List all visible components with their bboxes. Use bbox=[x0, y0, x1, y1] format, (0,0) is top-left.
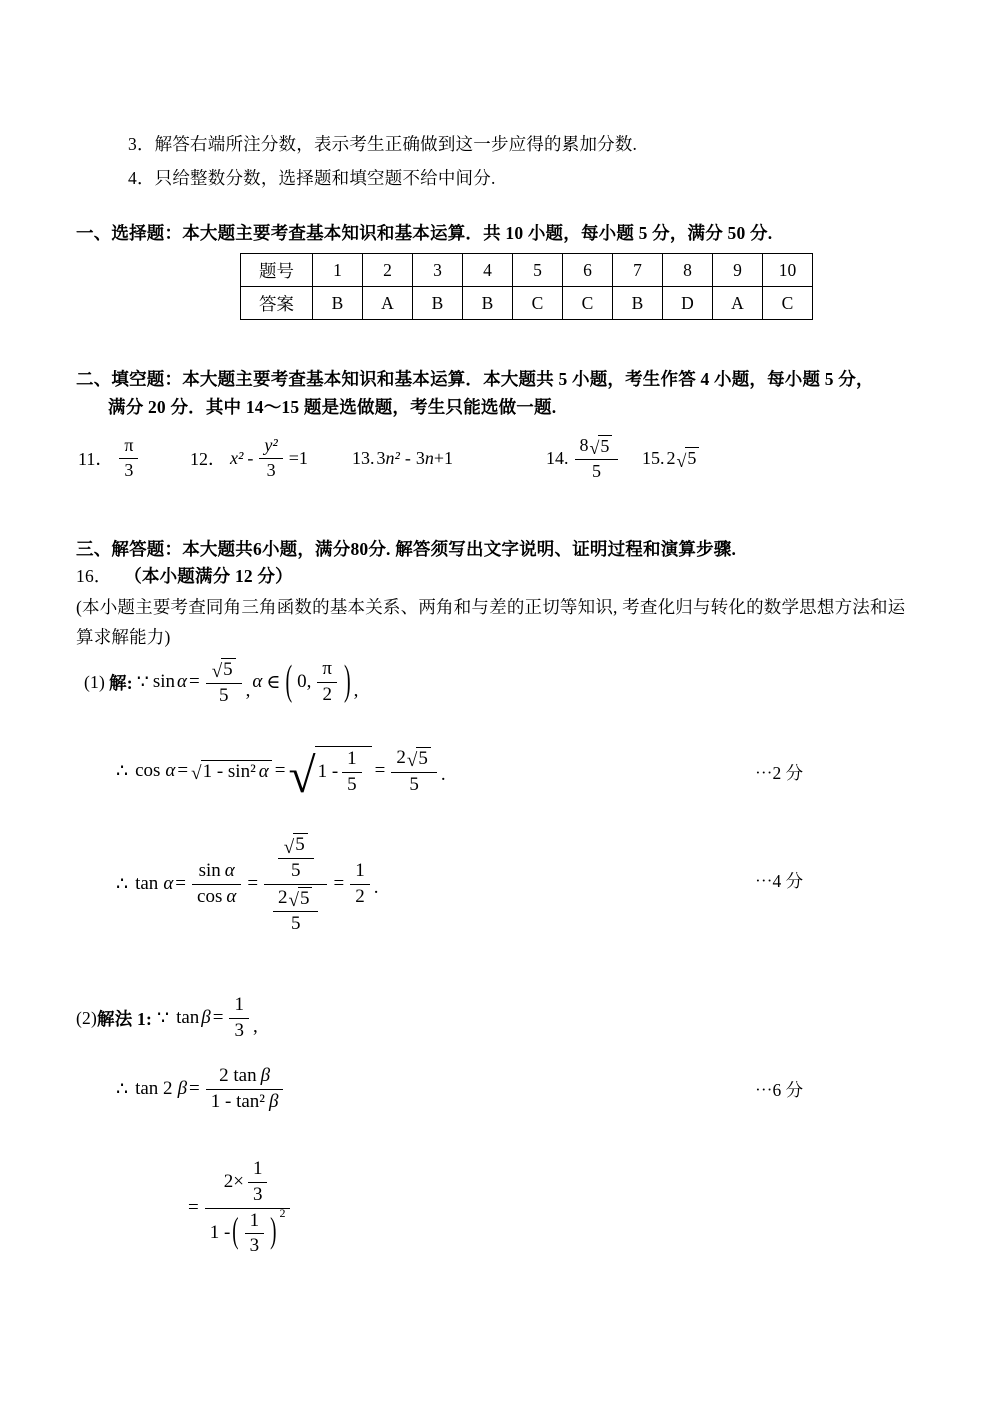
math-token: α bbox=[225, 861, 235, 882]
table-cell-answer: D bbox=[663, 287, 713, 320]
math-token: 2 tan bbox=[219, 1066, 256, 1087]
solution-line-cos: ∴ cos α = √ 1 - sin² α = √ 1 - 1 5 = 2 √… bbox=[114, 738, 446, 804]
fraction-numerator: 2 √ 5 bbox=[273, 887, 318, 913]
fraction-numerator: 2 tan β bbox=[206, 1066, 284, 1090]
right-paren: ) bbox=[270, 1214, 276, 1254]
fraction-denominator: cos α bbox=[192, 885, 241, 908]
math-token: α bbox=[163, 873, 173, 895]
method-label: 解法 1: bbox=[97, 1006, 152, 1031]
math-token: = bbox=[247, 873, 258, 895]
therefore-symbol: ∴ bbox=[116, 760, 128, 783]
fraction-numerator: √ 5 bbox=[206, 658, 242, 684]
solution-line-tan: ∴ tan α = sin α cos α = √ 5 5 bbox=[114, 822, 378, 946]
table-cell-number: 3 bbox=[413, 254, 463, 287]
table-cell-answer: A bbox=[363, 287, 413, 320]
table-cell-number: 5 bbox=[513, 254, 563, 287]
square-root: √ 5 bbox=[212, 658, 236, 681]
math-token: 1 - sin² bbox=[203, 762, 256, 783]
fill-in-item-12: 12． x² - y² 3 =1 bbox=[188, 428, 310, 488]
nested-fraction: √ 5 5 2 √ 5 5 bbox=[264, 833, 327, 936]
section2-title-line2: 满分 20 分．其中 14～15 题是选做题，考生只能选做一题. bbox=[108, 394, 556, 419]
square-root: √ 5 bbox=[289, 887, 313, 910]
solution-line-final: = 2× 1 3 1 - ( 1 3 ) 2 bbox=[186, 1146, 294, 1270]
math-token: tan bbox=[135, 873, 158, 895]
square-root: √ 1 - sin² α bbox=[191, 760, 272, 783]
math-token: 2× bbox=[224, 1172, 244, 1193]
fraction-denominator: 2 bbox=[350, 885, 370, 908]
fraction: 2 √ 5 5 bbox=[391, 747, 436, 796]
fraction-denominator: 5 bbox=[391, 773, 436, 796]
math-token: x² bbox=[230, 448, 243, 469]
table-cell-answer: C bbox=[513, 287, 563, 320]
table-cell-answer: B bbox=[413, 287, 463, 320]
math-token: 3 bbox=[377, 448, 386, 469]
section2-title-line1: 二、填空题：本大题主要考查基本知识和基本运算．本大题共 5 小题，考生作答 4 … bbox=[76, 366, 874, 391]
fraction: 8 √ 5 5 bbox=[575, 435, 619, 482]
solution-line-tanbeta: (2) 解法 1: ∵ tan β = 1 3 , bbox=[76, 988, 258, 1048]
question16-heading: 16． （本小题满分 12 分） bbox=[76, 563, 293, 588]
fraction-denominator: 5 bbox=[273, 912, 318, 935]
math-token: . bbox=[441, 764, 446, 786]
math-token: , bbox=[246, 680, 251, 702]
math-token: tan bbox=[176, 1007, 199, 1029]
item-label: 15. bbox=[642, 448, 665, 469]
score-mark-2: ⋯2 分 bbox=[755, 760, 803, 785]
fraction: sin α cos α bbox=[192, 861, 241, 908]
answer-table: 题号 1 2 3 4 5 6 7 8 9 10 答案 B A B B C C B… bbox=[240, 253, 813, 320]
radicand: 5 bbox=[298, 887, 313, 910]
fill-in-item-13: 13. 3 n² - 3 n +1 bbox=[350, 428, 453, 488]
fraction: √ 5 5 bbox=[278, 833, 314, 882]
item-label: 14. bbox=[546, 448, 569, 469]
math-token: 1 - bbox=[210, 1223, 231, 1244]
math-token: = bbox=[275, 760, 286, 782]
table-cell-answer: B bbox=[613, 287, 663, 320]
fraction-numerator: π bbox=[317, 659, 337, 683]
table-cell-number: 4 bbox=[463, 254, 513, 287]
math-token: 2 bbox=[667, 448, 676, 469]
fraction-numerator: 8 √ 5 bbox=[575, 435, 619, 460]
math-token: cos bbox=[197, 887, 222, 908]
fraction-denominator: 1 - tan² β bbox=[206, 1090, 284, 1113]
nested-fraction: 2× 1 3 1 - ( 1 3 ) 2 bbox=[205, 1159, 291, 1258]
square-root: √ 5 bbox=[590, 435, 613, 457]
table-cell-number: 6 bbox=[563, 254, 613, 287]
fraction-denominator: 3 bbox=[248, 1183, 268, 1206]
math-token: sin bbox=[153, 671, 175, 693]
fraction-numerator: 2 √ 5 bbox=[391, 747, 436, 773]
fraction-numerator: 2× 1 3 bbox=[205, 1159, 291, 1209]
right-paren: ) bbox=[344, 658, 351, 706]
score-mark-4: ⋯4 分 bbox=[755, 868, 803, 893]
table-cell-number: 2 bbox=[363, 254, 413, 287]
section1-title: 一、选择题：本大题主要考查基本知识和基本运算．共 10 小题，每小题 5 分，满… bbox=[76, 220, 772, 245]
therefore-symbol: ∴ bbox=[116, 1078, 128, 1101]
table-cell-answer: B bbox=[463, 287, 513, 320]
fraction-denominator: 5 bbox=[575, 460, 619, 482]
fraction-denominator: 3 bbox=[229, 1019, 249, 1042]
fraction-denominator: 3 bbox=[119, 459, 138, 481]
fraction-denominator: 3 bbox=[245, 1234, 265, 1257]
fraction: 1 3 bbox=[229, 995, 249, 1042]
math-token: 2 bbox=[396, 748, 406, 769]
fraction-denominator: 1 - ( 1 3 ) 2 bbox=[205, 1209, 291, 1258]
math-token: 3 bbox=[416, 448, 425, 469]
fraction-numerator: √ 5 bbox=[278, 833, 314, 859]
math-token: 0, bbox=[297, 671, 311, 693]
item-label: 12． bbox=[190, 445, 226, 471]
math-token: = bbox=[177, 760, 188, 782]
table-cell-answer: B bbox=[313, 287, 363, 320]
fraction: 1 2 bbox=[350, 861, 370, 908]
math-token: . bbox=[374, 877, 379, 899]
math-token: α bbox=[259, 762, 269, 783]
fraction: √ 5 5 bbox=[206, 658, 242, 707]
solution-line-sin: (1) 解: ∵ sin α = √ 5 5 , α ∈ ( 0, π 2 ) … bbox=[82, 650, 358, 714]
radicand: 5 bbox=[685, 447, 699, 469]
math-token: = bbox=[333, 873, 344, 895]
math-token: = bbox=[188, 1197, 199, 1219]
table-header-answer: 答案 bbox=[241, 287, 313, 320]
radicand: 1 - sin² α bbox=[201, 760, 272, 783]
radicand: 5 bbox=[598, 435, 612, 457]
fraction-numerator: sin α bbox=[192, 861, 241, 885]
math-token: 8 bbox=[580, 436, 589, 456]
math-token: - bbox=[247, 448, 253, 469]
math-token: sin bbox=[199, 861, 221, 882]
radicand: 5 bbox=[221, 658, 236, 681]
math-token: = bbox=[189, 1078, 200, 1100]
fraction-denominator: 5 bbox=[342, 773, 362, 796]
question16-score: （本小题满分 12 分） bbox=[124, 566, 293, 586]
square-root: √ 5 bbox=[407, 747, 431, 770]
fraction: 2 tan β 1 - tan² β bbox=[206, 1066, 284, 1113]
math-token: α bbox=[226, 887, 236, 908]
math-token: , bbox=[354, 680, 359, 702]
fraction: 1 3 bbox=[248, 1159, 268, 1206]
therefore-symbol: ∴ bbox=[116, 873, 128, 896]
math-token: 1 - tan² bbox=[211, 1092, 265, 1113]
fraction-denominator: 5 bbox=[206, 684, 242, 707]
fraction-denominator: 2 bbox=[317, 683, 337, 706]
math-token: β bbox=[269, 1092, 278, 1113]
math-token: = bbox=[375, 760, 386, 782]
table-cell-answer: C bbox=[563, 287, 613, 320]
fraction-numerator: 1 bbox=[229, 995, 249, 1019]
fraction-denominator: 2 √ 5 5 bbox=[264, 885, 327, 936]
radicand: 5 bbox=[293, 833, 308, 856]
math-token: = bbox=[213, 1007, 224, 1029]
radical-icon: √ bbox=[288, 757, 315, 796]
table-cell-number: 10 bbox=[763, 254, 813, 287]
math-token: =1 bbox=[289, 448, 308, 469]
math-token: β bbox=[201, 1007, 210, 1029]
fraction: 2 √ 5 5 bbox=[273, 887, 318, 936]
exam-note-4: 4．只给整数分数，选择题和填空题不给中间分. bbox=[128, 165, 496, 190]
fraction-denominator: 5 bbox=[278, 859, 314, 882]
radicand: 5 bbox=[416, 747, 431, 770]
square-root: √ 5 bbox=[284, 833, 308, 856]
exam-note-3: 3．解答右端所注分数，表示考生正确做到这一步应得的累加分数. bbox=[128, 131, 637, 156]
item-label: 13. bbox=[352, 448, 375, 469]
fill-in-item-14: 14. 8 √ 5 5 bbox=[544, 428, 622, 488]
math-token: tan 2 bbox=[135, 1078, 172, 1100]
math-token: n bbox=[425, 448, 434, 469]
fill-in-item-15: 15. 2 √ 5 bbox=[640, 428, 700, 488]
table-cell-number: 9 bbox=[713, 254, 763, 287]
superscript-2: 2 bbox=[279, 1207, 285, 1220]
math-token: α bbox=[165, 760, 175, 782]
fraction-denominator: 3 bbox=[259, 459, 282, 481]
question16-number: 16． bbox=[76, 566, 112, 586]
math-token: n² bbox=[386, 448, 400, 469]
fill-in-item-11: 11． π 3 bbox=[76, 428, 142, 488]
part-label: (1) bbox=[84, 672, 105, 693]
math-token: = bbox=[189, 671, 200, 693]
table-header-question-no: 题号 bbox=[241, 254, 313, 287]
fraction: π 2 bbox=[317, 659, 337, 706]
table-row-numbers: 题号 1 2 3 4 5 6 7 8 9 10 bbox=[241, 254, 813, 287]
left-paren: ( bbox=[285, 658, 292, 706]
section3-title: 三、解答题：本大题共6小题，满分80分. 解答须写出文字说明、证明过程和演算步骤… bbox=[76, 536, 736, 561]
fraction-numerator: 1 bbox=[342, 749, 362, 773]
fraction: 1 3 bbox=[245, 1211, 265, 1258]
math-token: = bbox=[175, 873, 186, 895]
math-token: 1 - bbox=[318, 762, 339, 783]
fraction: π 3 bbox=[119, 436, 138, 481]
table-cell-number: 8 bbox=[663, 254, 713, 287]
math-token: β bbox=[178, 1078, 187, 1100]
fraction-numerator: √ 5 5 bbox=[264, 833, 327, 885]
table-cell-number: 7 bbox=[613, 254, 663, 287]
table-row-answers: 答案 B A B B C C B D A C bbox=[241, 287, 813, 320]
table-cell-number: 1 bbox=[313, 254, 363, 287]
element-of-symbol: ∈ bbox=[266, 671, 280, 694]
math-token: 2 bbox=[278, 888, 288, 909]
math-token: , bbox=[253, 1016, 258, 1038]
table-cell-answer: A bbox=[713, 287, 763, 320]
part-label: (2) bbox=[76, 1008, 97, 1029]
fraction: y² 3 bbox=[259, 436, 282, 481]
solution-line-tan2beta: ∴ tan 2 β = 2 tan β 1 - tan² β bbox=[114, 1054, 287, 1124]
fraction: 1 5 bbox=[342, 749, 362, 796]
math-token: - bbox=[405, 448, 411, 469]
left-paren: ( bbox=[232, 1214, 238, 1254]
math-token: β bbox=[261, 1066, 270, 1087]
square-root: √ 1 - 1 5 bbox=[288, 746, 371, 796]
score-mark-6: ⋯6 分 bbox=[755, 1077, 803, 1102]
square-root: √ 5 bbox=[677, 447, 700, 469]
table-cell-answer: C bbox=[763, 287, 813, 320]
fraction-numerator: y² bbox=[259, 436, 282, 459]
fraction-numerator: 1 bbox=[350, 861, 370, 885]
math-token: α bbox=[252, 671, 262, 693]
solve-label: 解: bbox=[109, 670, 133, 695]
fraction-numerator: 1 bbox=[245, 1211, 265, 1235]
question16-description: (本小题主要考查同角三角函数的基本关系、两角和与差的正切等知识, 考查化归与转化… bbox=[76, 592, 921, 652]
fraction-numerator: π bbox=[119, 436, 138, 459]
math-token: cos bbox=[135, 760, 160, 782]
because-symbol: ∵ bbox=[137, 671, 149, 694]
math-token: +1 bbox=[434, 448, 453, 469]
because-symbol: ∵ bbox=[157, 1007, 169, 1030]
math-token: α bbox=[177, 671, 187, 693]
radicand: 1 - 1 5 bbox=[315, 746, 372, 796]
item-label: 11． bbox=[78, 445, 113, 471]
fraction-numerator: 1 bbox=[248, 1159, 268, 1183]
